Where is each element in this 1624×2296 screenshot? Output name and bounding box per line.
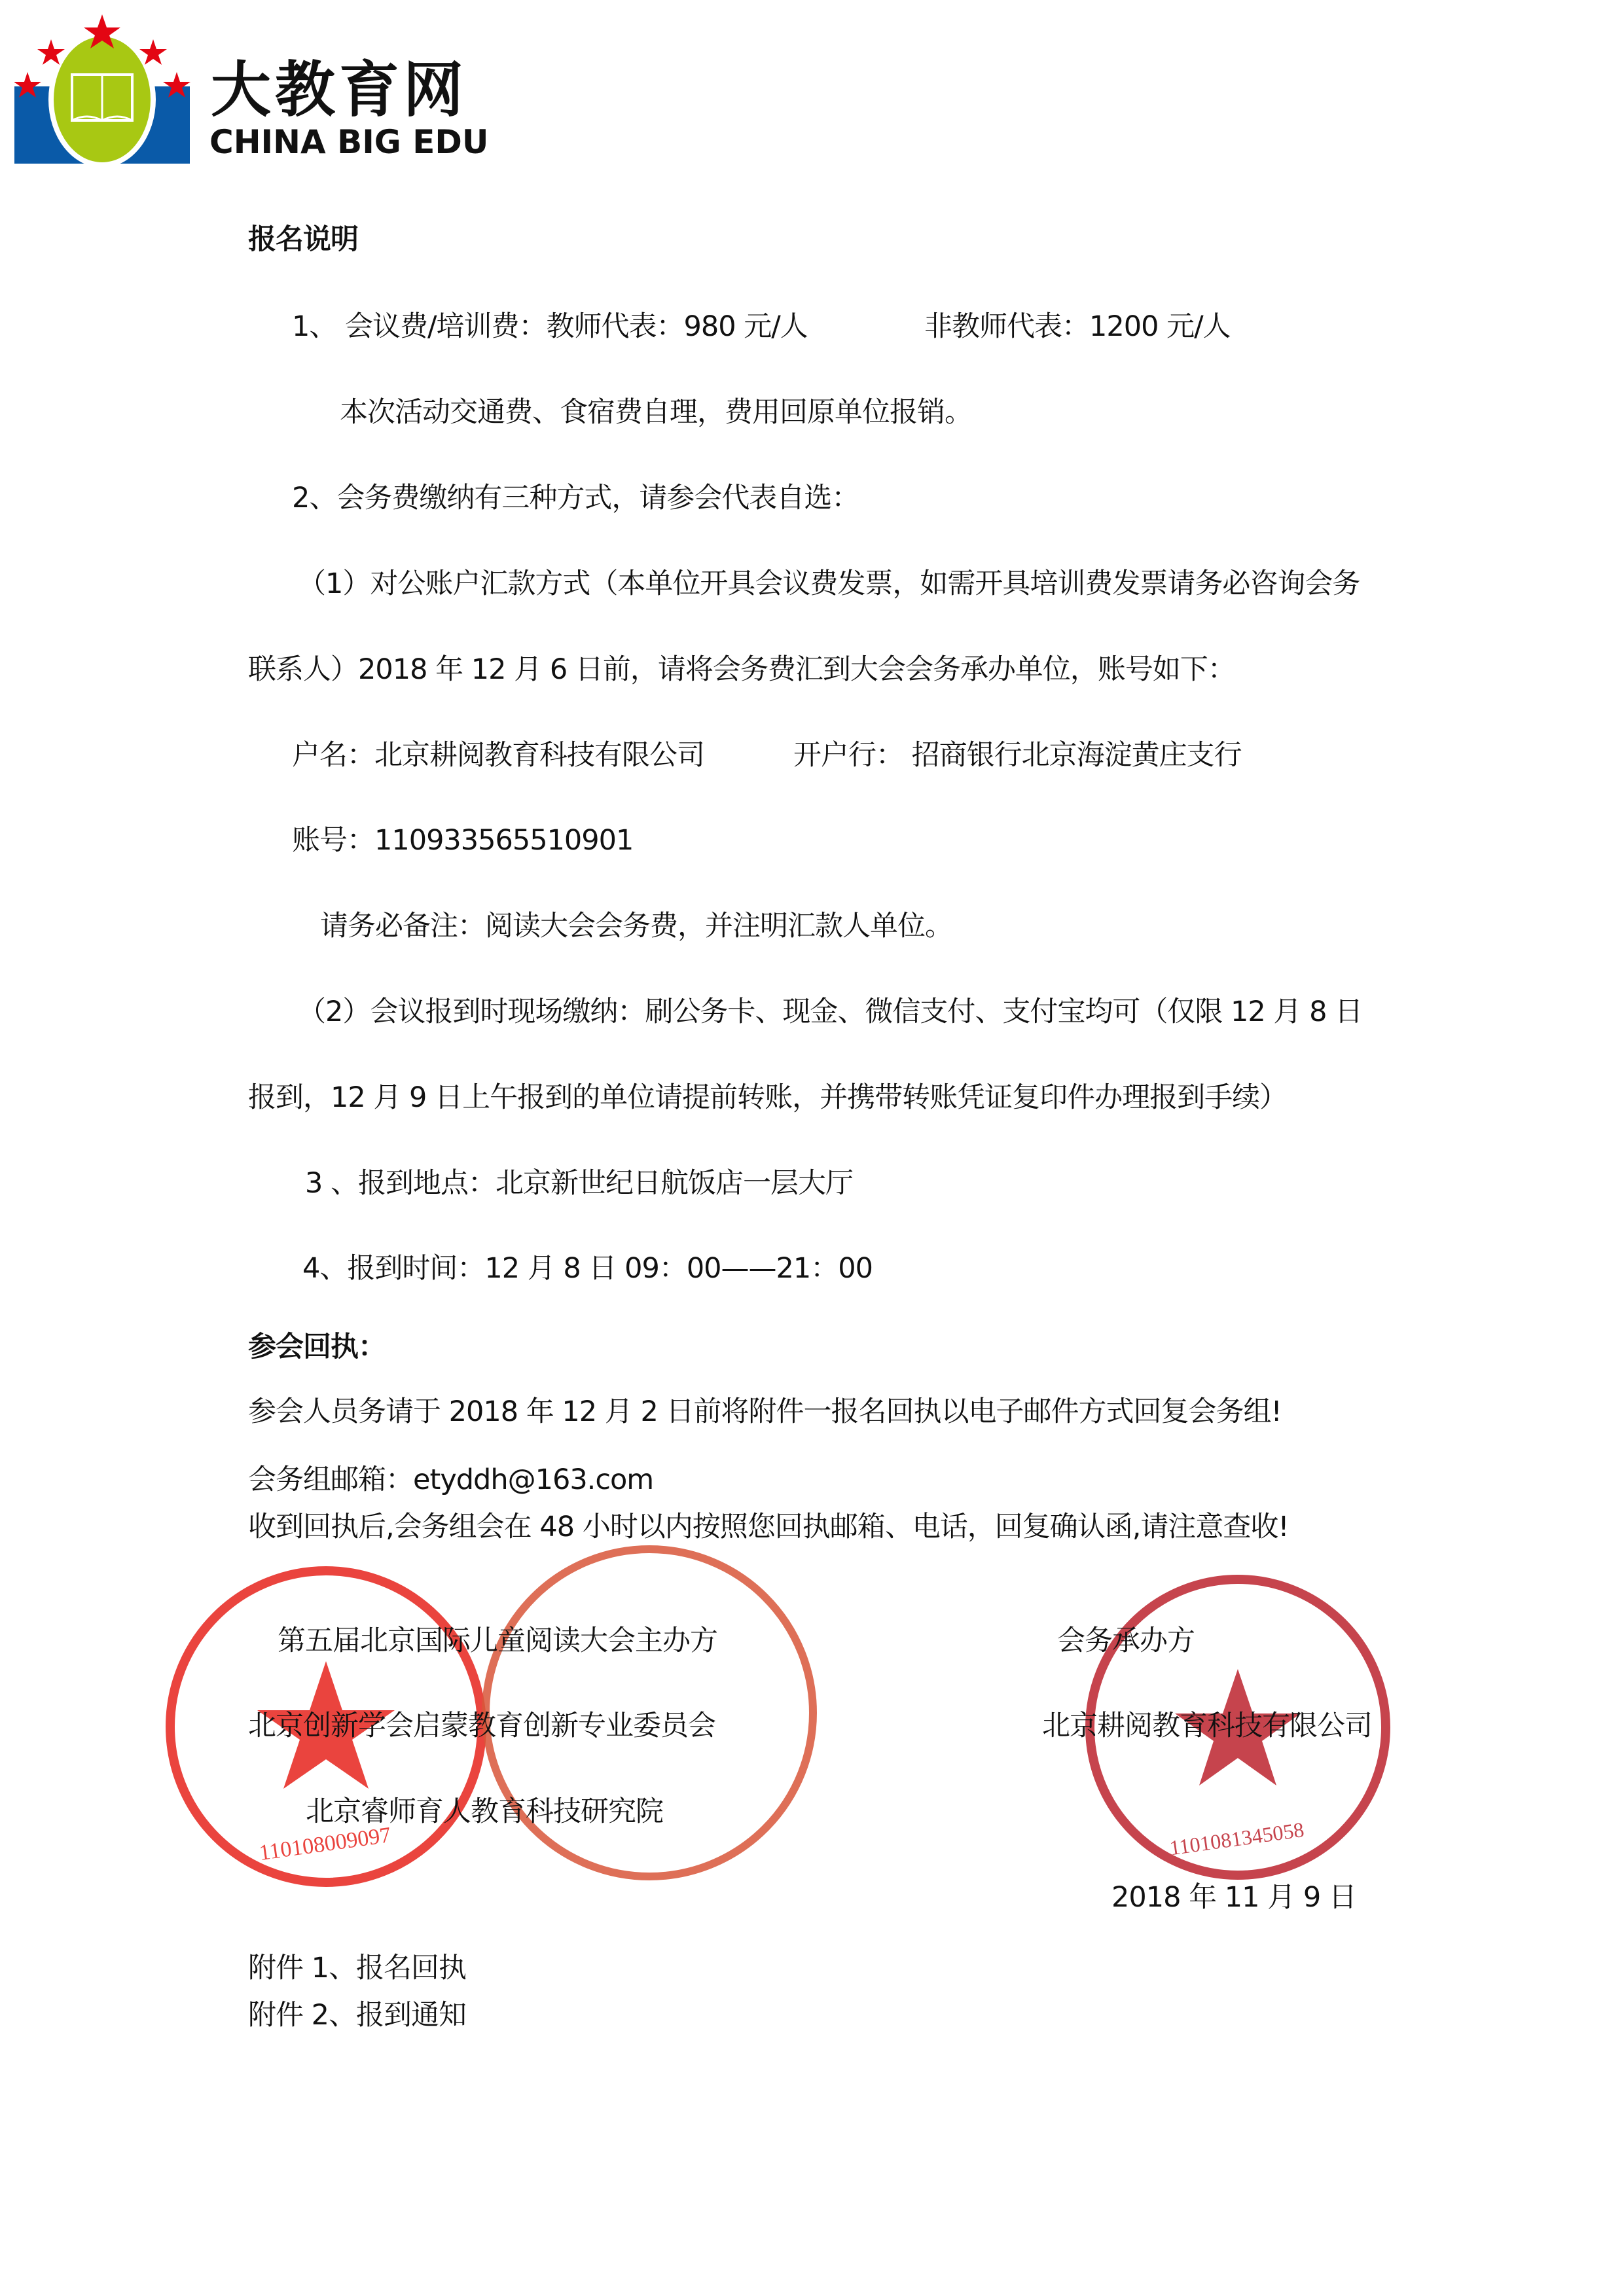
organizer-1: 北京创新学会启蒙教育创新专业委员会: [248, 1712, 715, 1740]
account-number: 账号：110933565510901: [292, 827, 633, 855]
check-in-location: 3 、报到地点：北京新世纪日航饭店一层大厅: [305, 1170, 853, 1198]
fee-note: 本次活动交通费、食宿费自理，费用回原单位报销。: [340, 399, 972, 427]
bank-name: 开户行： 招商银行北京海淀黄庄支行: [793, 742, 1242, 770]
payment-methods-heading: 2、会务费缴纳有三种方式，请参会代表自选：: [292, 484, 859, 512]
receipt-deadline: 参会人员务请于 2018 年 12 月 2 日前将附件一报名回执以电子邮件方式回…: [248, 1398, 1282, 1426]
svg-text:1101081345058: 1101081345058: [1168, 1818, 1306, 1859]
payment-option1-line2: 联系人）2018 年 12 月 6 日前，请将会务费汇到大会会务承办单位，账号如…: [248, 656, 1235, 684]
fee-non-teacher: 非教师代表：1200 元/人: [924, 313, 1231, 341]
attachment-2: 附件 2、报到通知: [248, 2001, 466, 2030]
payment-option2-line2: 报到，12 月 9 日上午报到的单位请提前转账，并携带转账凭证复印件办理报到手续…: [248, 1084, 1287, 1112]
contractor-label: 会务承办方: [1057, 1627, 1195, 1655]
account-name: 户名：北京耕阅教育科技有限公司: [292, 742, 704, 770]
remittance-remark: 请务必备注：阅读大会会务费，并注明汇款人单位。: [320, 912, 952, 941]
signature-date: 2018 年 11 月 9 日: [1111, 1884, 1356, 1912]
payment-option2-line1: （2）会议报到时现场缴纳：刷公务卡、现金、微信支付、支付宝均可（仅限 12 月 …: [298, 998, 1362, 1026]
registration-heading: 报名说明: [248, 226, 358, 254]
logo: 大教育网 CHINA BIG EDU: [14, 14, 473, 165]
logo-title-cn: 大教育网: [211, 60, 467, 120]
contractor-name: 北京耕阅教育科技有限公司: [1042, 1712, 1372, 1740]
receipt-email: 会务组邮箱：etyddh@163.com: [248, 1466, 653, 1494]
fee-teacher: 1、 会议费/培训费：教师代表：980 元/人: [292, 313, 808, 341]
organizer-label: 第五届北京国际儿童阅读大会主办方: [278, 1627, 717, 1655]
receipt-confirmation: 收到回执后,会务组会在 48 小时以内按照您回执邮箱、电话，回复确认函,请注意查…: [248, 1513, 1289, 1541]
receipt-heading: 参会回执：: [248, 1333, 386, 1361]
svg-text:110108009097: 110108009097: [258, 1823, 393, 1865]
check-in-time: 4、报到时间：12 月 8 日 09：00——21：00: [302, 1255, 873, 1283]
attachment-1: 附件 1、报名回执: [248, 1954, 466, 1982]
organizer-2: 北京睿师育人教育科技研究院: [306, 1798, 663, 1826]
payment-option1-line1: （1）对公账户汇款方式（本单位开具会议费发票，如需开具培训费发票请务必咨询会务: [298, 570, 1360, 598]
logo-title-en: CHINA BIG EDU: [209, 126, 489, 158]
